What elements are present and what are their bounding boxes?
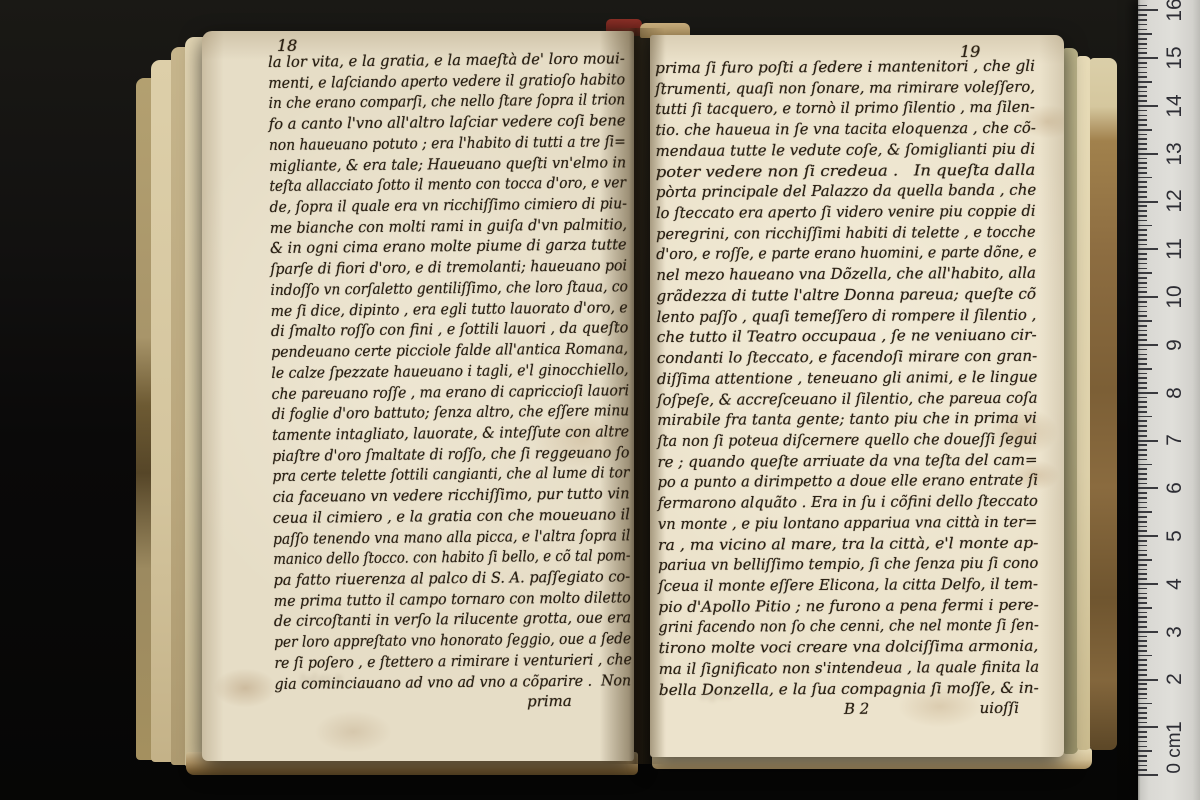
ruler-mm-tick xyxy=(1138,268,1147,270)
left-page-text-block: la lor vita, e la gratia, e la maeſtà de… xyxy=(268,48,632,694)
ruler-mm-tick xyxy=(1138,38,1147,40)
ruler-mm-tick xyxy=(1138,158,1147,160)
text-line: grini facendo non ſo che cenni, che nel … xyxy=(658,615,1039,638)
ruler-mm-tick xyxy=(1138,650,1147,652)
text-line: tirono molte voci creare vna dolciſſima … xyxy=(659,636,1039,659)
text-line: ſoſpeſe, & accreſceuano il ſilentio, che… xyxy=(657,387,1038,410)
ruler-mm-tick xyxy=(1138,765,1147,767)
ruler-mm-tick xyxy=(1138,564,1147,566)
ruler-mm-tick xyxy=(1138,373,1147,375)
ruler-mm-tick xyxy=(1138,138,1147,140)
ruler-mm-tick xyxy=(1138,287,1147,289)
ruler-mm-tick xyxy=(1138,521,1147,523)
ruler-mm-tick xyxy=(1138,196,1147,198)
ruler-number: 2 xyxy=(1163,674,1187,686)
ruler-mm-tick xyxy=(1138,593,1147,595)
ruler-mm-tick xyxy=(1138,588,1147,590)
ruler-mm-tick xyxy=(1138,511,1152,513)
text-line: mirabile fra tanta gente; tanto piu che … xyxy=(657,408,1037,431)
ruler-mm-tick xyxy=(1138,736,1147,738)
ruler-mm-tick xyxy=(1138,722,1147,724)
ruler-mm-tick xyxy=(1138,435,1147,437)
ruler-mm-tick xyxy=(1138,43,1147,45)
text-line: nel mezo haueano vna Dõzella, che all'ha… xyxy=(656,263,1036,286)
ruler-mm-tick xyxy=(1138,502,1147,504)
ruler-mm-tick xyxy=(1138,162,1147,164)
ruler-mm-tick xyxy=(1138,33,1152,35)
ruler-mm-tick xyxy=(1138,258,1147,260)
text-line: tio. che haueua in ſe vna tacita eloquen… xyxy=(655,118,1036,141)
photo-canvas: { "book": { "left_page": { "page_number"… xyxy=(0,0,1200,800)
ruler-mm-tick xyxy=(1138,645,1147,647)
ruler-mm-tick xyxy=(1138,191,1147,193)
ruler-mm-tick xyxy=(1138,5,1147,7)
ruler-mm-tick xyxy=(1138,76,1147,78)
text-line: mendaua tutte le vedute coſe, & ſomiglia… xyxy=(656,139,1036,162)
text-line: ma il ſignificato non s'intendeua , la q… xyxy=(659,657,1039,680)
ruler-mm-tick xyxy=(1138,769,1147,771)
ruler-mm-tick xyxy=(1138,559,1152,561)
ruler-mm-tick xyxy=(1138,124,1147,126)
ruler-mm-tick xyxy=(1138,616,1147,618)
ruler-cm-tick xyxy=(1138,774,1158,776)
text-line: ra , ma vicino al mare, tra la città, e'… xyxy=(658,532,1039,555)
text-line: grãdezza di tutte l'altre Donna pareua; … xyxy=(656,284,1036,307)
ruler-cm-tick xyxy=(1138,679,1158,681)
ruler-mm-tick xyxy=(1138,282,1147,284)
ruler-mm-tick xyxy=(1138,750,1152,752)
ruler-number: 13 xyxy=(1163,142,1187,165)
right-page-text-block: prima ſi furo poſti a ſedere i mantenito… xyxy=(655,56,1039,701)
ruler-mm-tick xyxy=(1138,607,1152,609)
ruler-mm-tick xyxy=(1138,406,1147,408)
ruler-mm-tick xyxy=(1138,311,1147,313)
ruler-cm-tick xyxy=(1138,9,1158,11)
ruler-mm-tick xyxy=(1138,205,1147,207)
ruler-mm-tick xyxy=(1138,612,1147,614)
ruler-mm-tick xyxy=(1138,621,1147,623)
ruler-mm-tick xyxy=(1138,148,1147,150)
ruler-cm-tick xyxy=(1138,392,1158,394)
ruler-mm-tick xyxy=(1138,526,1147,528)
ruler-mm-tick xyxy=(1138,29,1147,31)
text-line: vn monte , e piu lontano appariua vna ci… xyxy=(658,511,1038,534)
ruler-number: 16 xyxy=(1163,0,1187,22)
ruler-number: 5 xyxy=(1163,530,1187,542)
ruler-cm-tick xyxy=(1138,583,1158,585)
text-line: pio d'Apollo Pitio ; ne furono a pena fe… xyxy=(658,594,1039,617)
ruler-mm-tick xyxy=(1138,703,1152,705)
vellum-cover-edge xyxy=(1090,58,1117,750)
ruler-mm-tick xyxy=(1138,492,1147,494)
ruler-mm-tick xyxy=(1138,315,1147,317)
ruler-mm-tick xyxy=(1138,597,1147,599)
ruler-cm-tick xyxy=(1138,631,1158,633)
ruler-number: 3 xyxy=(1163,626,1187,638)
text-line: pariua vn belliſſimo tempio, ſi che ſenz… xyxy=(658,553,1038,576)
text-line: tutti ſi tacquero, e tornò il primo ſile… xyxy=(655,97,1035,120)
ruler-mm-tick xyxy=(1138,234,1147,236)
ruler-mm-tick xyxy=(1138,377,1147,379)
ruler-mm-tick xyxy=(1138,550,1147,552)
ruler-mm-tick xyxy=(1138,569,1147,571)
ruler-mm-tick xyxy=(1138,516,1147,518)
ruler-mm-tick xyxy=(1138,459,1147,461)
ruler-mm-tick xyxy=(1138,755,1147,757)
ruler-mm-tick xyxy=(1138,420,1147,422)
ruler-number: 8 xyxy=(1163,387,1187,399)
ruler-mm-tick xyxy=(1138,411,1147,413)
ruler-mm-tick xyxy=(1138,382,1147,384)
text-line: pòrta principale del Palazzo da quella b… xyxy=(656,180,1037,203)
ruler-mm-tick xyxy=(1138,334,1147,336)
ruler-mm-tick xyxy=(1138,210,1147,212)
ruler-mm-tick xyxy=(1138,664,1147,666)
ruler: 0 cm12345678910111213141516 xyxy=(1138,0,1200,800)
ruler-mm-tick xyxy=(1138,425,1147,427)
ruler-mm-tick xyxy=(1138,401,1147,403)
ruler-mm-tick xyxy=(1138,134,1147,136)
text-line: ſta non ſi poteua diſcernere quello che … xyxy=(657,429,1037,452)
ruler-mm-tick xyxy=(1138,626,1147,628)
text-line: peregrini, con ricchiſſimi habiti di tel… xyxy=(656,221,1036,244)
ruler-number: 4 xyxy=(1163,578,1187,590)
ruler-mm-tick xyxy=(1138,325,1147,327)
text-line: che tutto il Teatro occupaua , ſe ne ven… xyxy=(657,325,1037,348)
ruler-mm-tick xyxy=(1138,507,1147,509)
ruler-mm-tick xyxy=(1138,698,1147,700)
page-edges-right xyxy=(1077,56,1091,750)
page-edges-right-outer xyxy=(1063,48,1078,754)
ruler-cm-tick xyxy=(1138,726,1158,728)
text-line: lento paſſo , quaſi temeſſero di rompere… xyxy=(657,304,1037,327)
ruler-mm-tick xyxy=(1138,358,1147,360)
text-line: diſſima attentione , teneuano gli animi,… xyxy=(657,366,1038,389)
ruler-mm-tick xyxy=(1138,530,1147,532)
ruler-mm-tick xyxy=(1138,91,1147,93)
ruler-mm-tick xyxy=(1138,468,1147,470)
ruler-mm-tick xyxy=(1138,578,1147,580)
ruler-mm-tick xyxy=(1138,181,1147,183)
ruler-mm-tick xyxy=(1138,172,1147,174)
ruler-mm-tick xyxy=(1138,473,1147,475)
ruler-mm-tick xyxy=(1138,640,1147,642)
ruler-mm-tick xyxy=(1138,746,1147,748)
ruler-mm-tick xyxy=(1138,430,1147,432)
ruler-mm-tick xyxy=(1138,129,1152,131)
ruler-mm-tick xyxy=(1138,263,1147,265)
ruler-mm-tick xyxy=(1138,540,1147,542)
ruler-mm-tick xyxy=(1138,95,1147,97)
text-line: fermarono alquãto . Era in ſu i cõfini d… xyxy=(658,491,1038,514)
ruler-mm-tick xyxy=(1138,444,1147,446)
text-line: lo ſteccato era aperto ſi videro venire … xyxy=(656,201,1036,224)
ruler-mm-tick xyxy=(1138,683,1147,685)
ruler-mm-tick xyxy=(1138,636,1147,638)
ruler-cm-tick xyxy=(1138,535,1158,537)
ruler-mm-tick xyxy=(1138,81,1152,83)
ruler-mm-tick xyxy=(1138,573,1147,575)
text-line: ſtrumenti, quaſi non ſonare, ma rimirare… xyxy=(655,76,1035,99)
ruler-mm-tick xyxy=(1138,72,1147,74)
text-line: ſceua il monte eſſere Elicona, la citta … xyxy=(658,574,1038,597)
ruler-cm-tick xyxy=(1138,487,1158,489)
ruler-mm-tick xyxy=(1138,554,1147,556)
ruler-mm-tick xyxy=(1138,52,1147,54)
ruler-mm-tick xyxy=(1138,669,1147,671)
ruler-mm-tick xyxy=(1138,86,1147,88)
ruler-mm-tick xyxy=(1138,602,1147,604)
ruler-mm-tick xyxy=(1138,464,1152,466)
ruler-mm-tick xyxy=(1138,339,1147,341)
ink-showthrough: lulqʇ ɐ xyxy=(300,671,343,687)
ruler-mm-tick xyxy=(1138,272,1152,274)
ruler-mm-tick xyxy=(1138,186,1147,188)
ruler-number: 9 xyxy=(1163,339,1187,351)
ruler-mm-tick xyxy=(1138,483,1147,485)
ruler-number: 6 xyxy=(1163,482,1187,494)
ruler-mm-tick xyxy=(1138,349,1147,351)
ruler-mm-tick xyxy=(1138,363,1147,365)
ruler-mm-tick xyxy=(1138,167,1147,169)
ruler-number: 11 xyxy=(1163,238,1187,260)
ruler-mm-tick xyxy=(1138,48,1147,50)
text-line: condanti lo ſteccato, e facendoſi mirare… xyxy=(657,346,1038,369)
ruler-mm-tick xyxy=(1138,707,1147,709)
ruler-number: 15 xyxy=(1163,46,1187,69)
ruler-cm-tick xyxy=(1138,344,1158,346)
text-line: prima ſi furo poſti a ſedere i mantenito… xyxy=(655,56,1035,79)
ruler-mm-tick xyxy=(1138,215,1147,217)
ruler-mm-tick xyxy=(1138,24,1147,26)
ruler-number: 0 cm xyxy=(1164,732,1186,773)
text-line: d'oro, e roſſe, e parte erano huomini, e… xyxy=(656,242,1036,265)
ruler-mm-tick xyxy=(1138,229,1147,231)
ruler-mm-tick xyxy=(1138,119,1147,121)
ruler-cm-tick xyxy=(1138,57,1158,59)
ruler-mm-tick xyxy=(1138,277,1147,279)
ruler-mm-tick xyxy=(1138,741,1147,743)
catchword: prima xyxy=(527,691,572,712)
ruler-mm-tick xyxy=(1138,717,1147,719)
ruler-cm-tick xyxy=(1138,105,1158,107)
ruler-mm-tick xyxy=(1138,659,1147,661)
ruler-mm-tick xyxy=(1138,545,1147,547)
ruler-mm-tick xyxy=(1138,100,1147,102)
ruler-number: 12 xyxy=(1163,190,1187,213)
ruler-mm-tick xyxy=(1138,115,1147,117)
ruler-mm-tick xyxy=(1138,291,1147,293)
ruler-mm-tick xyxy=(1138,416,1152,418)
catchword: uioſſi xyxy=(980,698,1020,719)
ruler-mm-tick xyxy=(1138,244,1147,246)
ruler-mm-tick xyxy=(1138,354,1147,356)
ruler-mm-tick xyxy=(1138,655,1152,657)
ruler-cm-tick xyxy=(1138,201,1158,203)
ruler-mm-tick xyxy=(1138,387,1147,389)
ruler-mm-tick xyxy=(1138,320,1152,322)
ruler-mm-tick xyxy=(1138,330,1147,332)
ruler-mm-tick xyxy=(1138,674,1147,676)
ruler-cm-tick xyxy=(1138,153,1158,155)
ruler-mm-tick xyxy=(1138,67,1147,69)
ruler-mm-tick xyxy=(1138,253,1147,255)
ruler-mm-tick xyxy=(1138,712,1147,714)
ruler-number: 14 xyxy=(1163,94,1187,117)
ruler-cm-tick xyxy=(1138,248,1158,250)
ruler-mm-tick xyxy=(1138,760,1147,762)
ruler-mm-tick xyxy=(1138,449,1147,451)
ruler-mm-tick xyxy=(1138,110,1147,112)
ruler-number: 7 xyxy=(1163,435,1187,447)
ruler-mm-tick xyxy=(1138,688,1147,690)
ruler-mm-tick xyxy=(1138,62,1147,64)
ruler-mm-tick xyxy=(1138,731,1147,733)
ruler-mm-tick xyxy=(1138,478,1147,480)
ruler-number: 1 xyxy=(1163,721,1187,733)
text-line: re ; quando queſte arriuate da vna teſta… xyxy=(657,449,1037,472)
text-line: poter vedere non ſi credeua . In queſta … xyxy=(656,159,1036,182)
ruler-mm-tick xyxy=(1138,368,1152,370)
signature-mark: B 2 xyxy=(844,699,869,720)
ink-showthrough: oʇſǝɔ xyxy=(700,687,733,703)
text-line: po a punto a dirimpetto a doue elle eran… xyxy=(658,470,1039,493)
ruler-mm-tick xyxy=(1138,301,1147,303)
ruler-mm-tick xyxy=(1138,454,1147,456)
ruler-mm-tick xyxy=(1138,225,1152,227)
ruler-mm-tick xyxy=(1138,19,1147,21)
ruler-number: 10 xyxy=(1163,285,1187,308)
ruler-cm-tick xyxy=(1138,440,1158,442)
ruler-mm-tick xyxy=(1138,397,1147,399)
ruler-mm-tick xyxy=(1138,693,1147,695)
ruler-mm-tick xyxy=(1138,14,1147,16)
ruler-mm-tick xyxy=(1138,177,1152,179)
ruler-mm-tick xyxy=(1138,306,1147,308)
ruler-mm-tick xyxy=(1138,220,1147,222)
ruler-cm-tick xyxy=(1138,296,1158,298)
ruler-mm-tick xyxy=(1138,239,1147,241)
ruler-mm-tick xyxy=(1138,497,1147,499)
ruler-mm-tick xyxy=(1138,143,1147,145)
